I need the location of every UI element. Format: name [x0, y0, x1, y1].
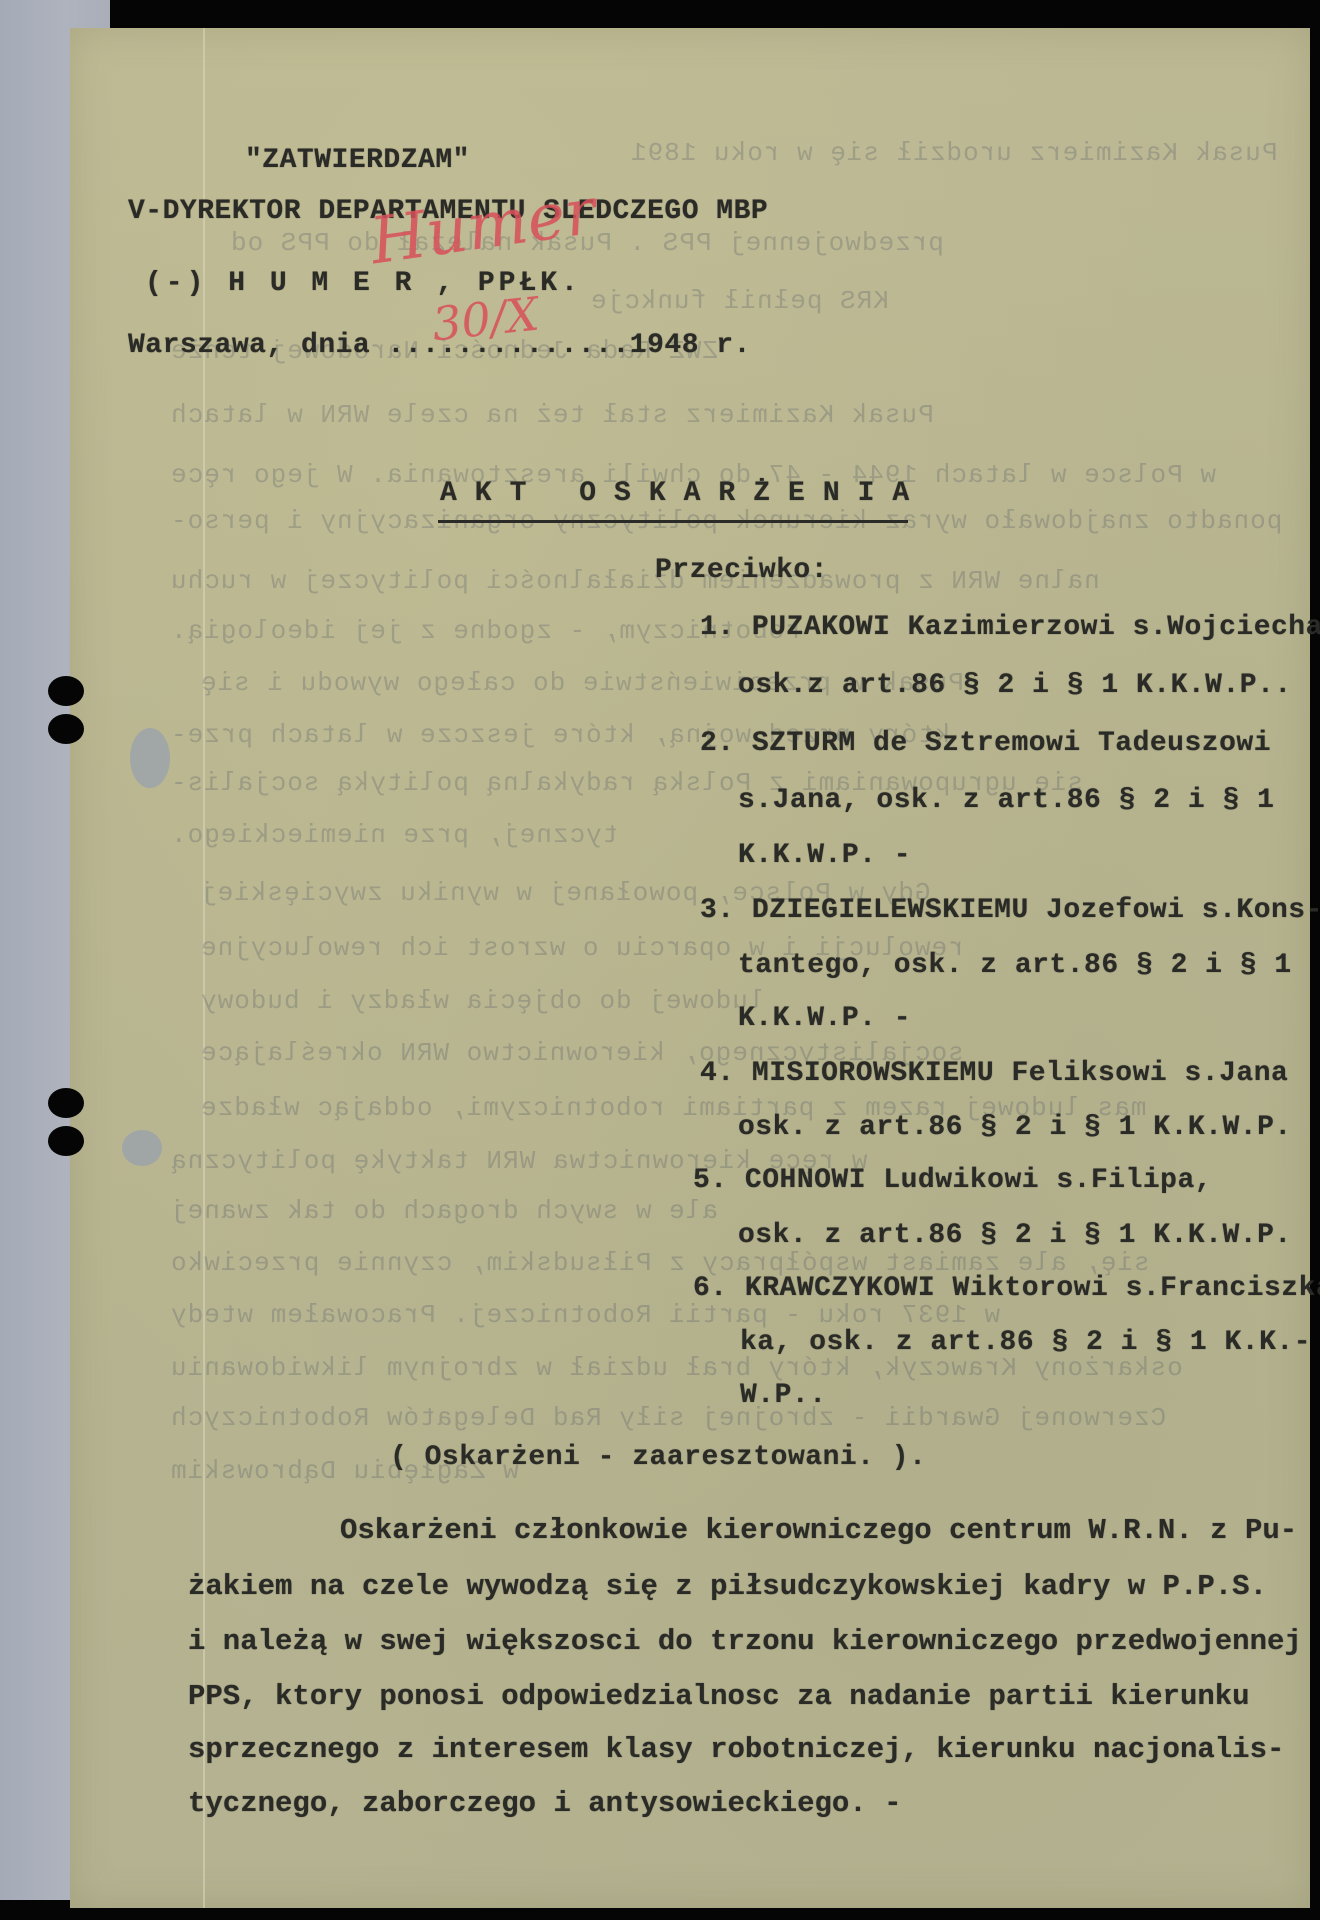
against-label: Przeciwko:: [655, 555, 828, 586]
defendant-3-charge-cont: K.K.W.P. -: [738, 1003, 911, 1034]
reverse-bleed-text: Pusak Kazimierz urodził się w roku 1891: [630, 138, 1278, 168]
paragraph-line: PPS, ktory ponosi odpowiedzialnosc za na…: [188, 1680, 1250, 1713]
paragraph-line: sprzecznego z interesem klasy robotnicze…: [188, 1733, 1284, 1766]
paper-stain: [130, 728, 170, 788]
defendant-4-charge: osk. z art.86 § 2 i § 1 K.K.W.P.: [738, 1112, 1292, 1143]
paragraph-line: Oskarżeni członkowie kierowniczego centr…: [340, 1514, 1297, 1547]
reverse-bleed-text: nalne WRN z prowadzeniem działalności po…: [170, 566, 1100, 596]
defendant-1-name: 1. PUZAKOWI Kazimierzowi s.Wojciecha: [700, 612, 1320, 643]
punch-hole: [48, 1126, 84, 1156]
paragraph-line: tycznego, zaborczego i antysowieckiego. …: [188, 1787, 902, 1820]
reverse-bleed-text: w 1937 roku - partii Robotniczej. Pracow…: [170, 1300, 1000, 1330]
defendant-5-name: 5. COHNOWI Ludwikowi s.Filipa,: [693, 1165, 1212, 1196]
reverse-bleed-text: ludowej do objęcia władzy i budowy: [200, 986, 765, 1016]
punch-hole: [48, 1088, 84, 1118]
punch-hole: [48, 676, 84, 706]
paragraph-line: i należą w swej większosci do trzonu kie…: [188, 1625, 1302, 1658]
defendant-1-charge: osk.z art.86 § 2 i § 1 K.K.W.P..: [738, 670, 1292, 701]
paragraph-line: żakiem na czele wywodzą się z piłsudczyk…: [188, 1570, 1267, 1603]
reverse-bleed-text: Pusak Kazimierz stał też na czele WRN w …: [170, 400, 934, 430]
heading-underline: [438, 520, 908, 523]
defendant-2-charge: s.Jana, osk. z art.86 § 2 i § 1: [738, 785, 1274, 816]
defendant-2-charge-cont: K.K.W.P. -: [738, 840, 911, 871]
defendant-3-name: 3. DZIEGIELEWSKIEMU Jozefowi s.Kons-: [700, 895, 1320, 926]
defendant-6-charge-cont: W.P..: [740, 1380, 827, 1411]
approval-stamp: "ZATWIERDZAM": [245, 145, 470, 176]
defendant-4-name: 4. MISIOROWSKIEMU Feliksowi s.Jana: [700, 1058, 1288, 1089]
defendant-3-charge: tantego, osk. z art.86 § 2 i § 1: [738, 950, 1292, 981]
handwritten-number: 30/X: [429, 287, 541, 352]
reverse-bleed-text: tycznej, prze niemieckiego.: [170, 820, 618, 850]
defendant-2-name: 2. SZTURM de Sztremowi Tadeuszowi: [700, 728, 1271, 759]
defendant-6-charge: ka, osk. z art.86 § 2 i § 1 K.K.-: [740, 1327, 1311, 1358]
punch-hole: [48, 714, 84, 744]
paper-stain: [122, 1130, 162, 1166]
reverse-bleed-text: Czerwonej Gwardii - zbrojnej siły Rad De…: [170, 1403, 1166, 1433]
defendant-6-name: 6. KRAWCZYKOWI Wiktorowi s.Franciszka-: [693, 1273, 1320, 1304]
defendant-5-charge: osk. z art.86 § 2 i § 1 K.K.W.P.: [738, 1220, 1292, 1251]
status-note: ( Oskarżeni - zaaresztowani. ).: [390, 1442, 926, 1473]
reverse-bleed-text: ale w swych drogach do tak zwanej: [170, 1196, 718, 1226]
reverse-bleed-text: KRS pełnił funkcje: [590, 286, 889, 316]
document-heading: AKT OSKARŻENIA: [440, 478, 927, 509]
